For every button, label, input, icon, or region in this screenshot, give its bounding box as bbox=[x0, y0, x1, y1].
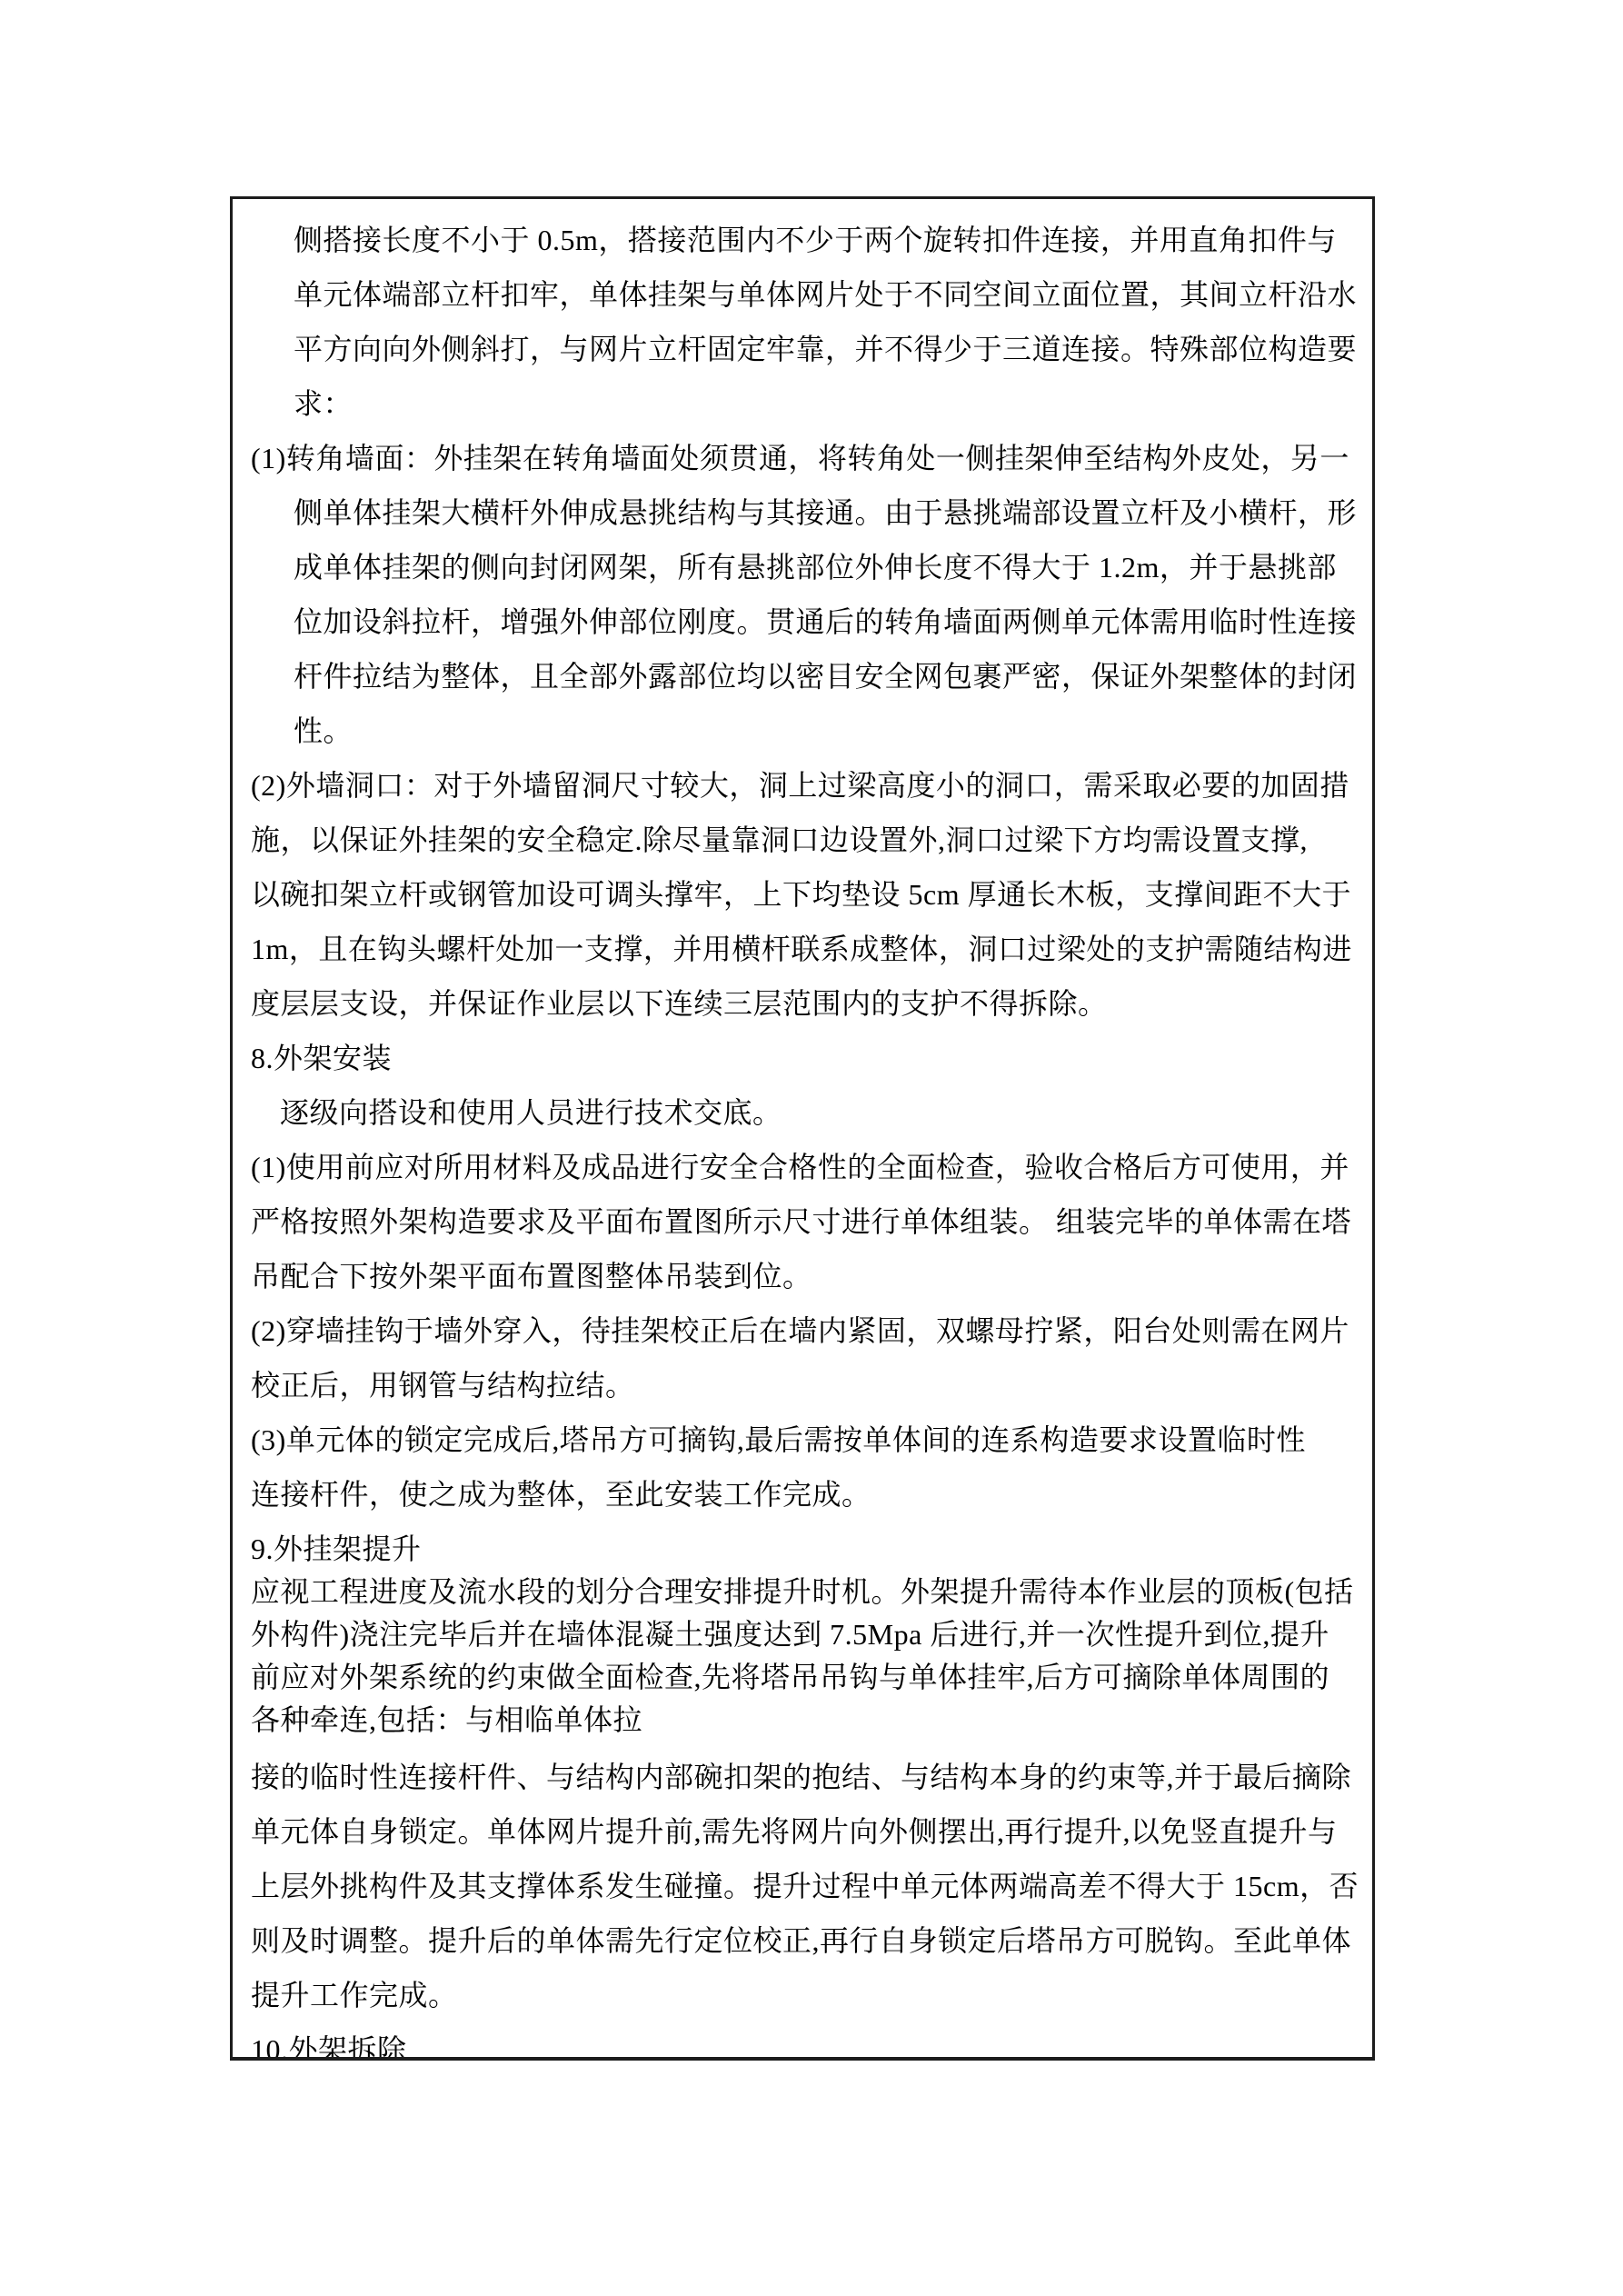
doc-line: 性。 bbox=[251, 713, 1365, 767]
document-content-box: 侧搭接长度不小于 0.5m，搭接范围内不少于两个旋转扣件连接，并用直角扣件与 单… bbox=[230, 196, 1375, 2061]
doc-line: 吊配合下按外架平面布置图整体吊装到位。 bbox=[251, 1258, 1365, 1313]
doc-line: 应视工程进度及流水段的划分合理安排提升时机。外架提升需待本作业层的顶板(包括 bbox=[251, 1573, 1365, 1616]
doc-line: 1m，且在钩头螺杆处加一支撑，并用横杆联系成整体，洞口过梁处的支护需随结构进 bbox=[251, 931, 1365, 985]
doc-line: 前应对外架系统的约束做全面检查,先将塔吊吊钩与单体挂牢,后方可摘除单体周围的 bbox=[251, 1659, 1365, 1702]
document-text-block: 侧搭接长度不小于 0.5m，搭接范围内不少于两个旋转扣件连接，并用直角扣件与 单… bbox=[233, 199, 1372, 2061]
doc-line: 侧搭接长度不小于 0.5m，搭接范围内不少于两个旋转扣件连接，并用直角扣件与 bbox=[251, 222, 1365, 276]
doc-line: 逐级向搭设和使用人员进行技术交底。 bbox=[251, 1094, 1365, 1149]
doc-line: 求： bbox=[251, 385, 1365, 440]
doc-line: 接的临时性连接杆件、与结构内部碗扣架的抱结、与结构本身的约束等,并于最后摘除 bbox=[251, 1759, 1365, 1813]
doc-line: (2)外墙洞口：对于外墙留洞尺寸较大，洞上过梁高度小的洞口，需采取必要的加固措 bbox=[251, 767, 1365, 822]
doc-line: (1)转角墙面：外挂架在转角墙面处须贯通，将转角处一侧挂架伸至结构外皮处，另一 bbox=[251, 440, 1365, 494]
section-heading-9: 9.外挂架提升 bbox=[251, 1531, 1365, 1573]
doc-line: 杆件拉结为整体，且全部外露部位均以密目安全网包裹严密，保证外架整体的封闭 bbox=[251, 658, 1365, 713]
doc-line: 侧单体挂架大横杆外伸成悬挑结构与其接通。由于悬挑端部设置立杆及小横杆，形 bbox=[251, 494, 1365, 549]
doc-line: 成单体挂架的侧向封闭网架，所有悬挑部位外伸长度不得大于 1.2m，并于悬挑部 bbox=[251, 549, 1365, 604]
doc-line: 各种牵连,包括：与相临单体拉 bbox=[251, 1702, 1365, 1759]
doc-line: 上层外挑构件及其支撑体系发生碰撞。提升过程中单元体两端高差不得大于 15cm，否 bbox=[251, 1868, 1365, 1922]
document-page: 侧搭接长度不小于 0.5m，搭接范围内不少于两个旋转扣件连接，并用直角扣件与 单… bbox=[0, 0, 1623, 2296]
doc-line: 外构件)浇注完毕后并在墙体混凝土强度达到 7.5Mpa 后进行,并一次性提升到位… bbox=[251, 1616, 1365, 1659]
doc-line: (3)单元体的锁定完成后,塔吊方可摘钩,最后需按单体间的连系构造要求设置临时性 bbox=[251, 1422, 1365, 1476]
doc-line: 则及时调整。提升后的单体需先行定位校正,再行自身锁定后塔吊方可脱钩。至此单体 bbox=[251, 1922, 1365, 1977]
doc-line: 校正后，用钢管与结构拉结。 bbox=[251, 1367, 1365, 1422]
doc-line: 以碗扣架立杆或钢管加设可调头撑牢，上下均垫设 5cm 厚通长木板，支撑间距不大于 bbox=[251, 876, 1365, 931]
doc-line: 单元体自身锁定。单体网片提升前,需先将网片向外侧摆出,再行提升,以免竖直提升与 bbox=[251, 1813, 1365, 1868]
section-heading-8: 8.外架安装 bbox=[251, 1040, 1365, 1094]
doc-line: 度层层支设，并保证作业层以下连续三层范围内的支护不得拆除。 bbox=[251, 985, 1365, 1040]
doc-line: 位加设斜拉杆，增强外伸部位刚度。贯通后的转角墙面两侧单元体需用临时性连接 bbox=[251, 604, 1365, 658]
doc-line: 连接杆件，使之成为整体，至此安装工作完成。 bbox=[251, 1476, 1365, 1531]
doc-line: 施，以保证外挂架的安全稳定.除尽量靠洞口边设置外,洞口过梁下方均需设置支撑, bbox=[251, 822, 1365, 876]
doc-line: 平方向向外侧斜打，与网片立杆固定牢靠，并不得少于三道连接。特殊部位构造要 bbox=[251, 331, 1365, 385]
doc-line: 严格按照外架构造要求及平面布置图所示尺寸进行单体组装。 组装完毕的单体需在塔 bbox=[251, 1203, 1365, 1258]
doc-line: 提升工作完成。 bbox=[251, 1977, 1365, 2031]
doc-line: 单元体端部立杆扣牢，单体挂架与单体网片处于不同空间立面位置，其间立杆沿水 bbox=[251, 276, 1365, 331]
doc-line: (1)使用前应对所用材料及成品进行安全合格性的全面检查，验收合格后方可使用，并 bbox=[251, 1149, 1365, 1203]
doc-line: (2)穿墙挂钩于墙外穿入，待挂架校正后在墙内紧固，双螺母拧紧，阳台处则需在网片 bbox=[251, 1313, 1365, 1367]
section-heading-10: 10.外架拆除 bbox=[251, 2031, 1365, 2061]
